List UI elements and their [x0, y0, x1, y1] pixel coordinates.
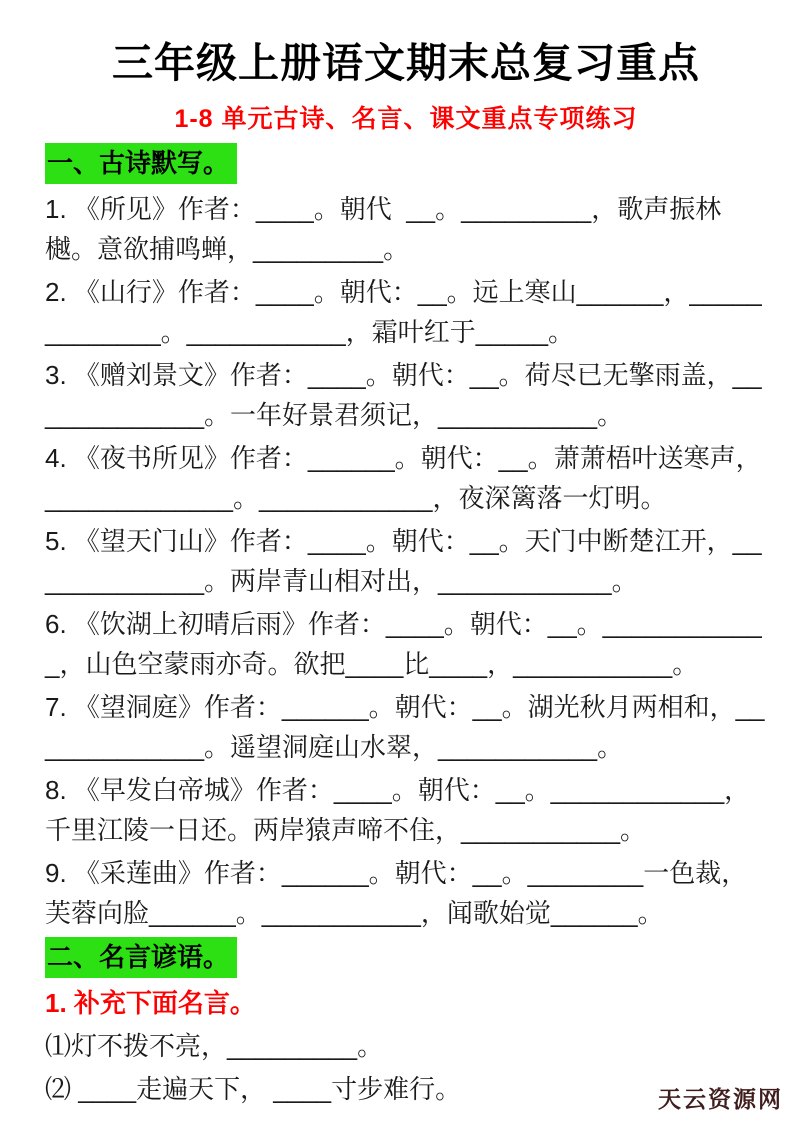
question-3: 3. 《赠刘景文》作者：____。朝代：__。荷尽已无擎雨盖，_________…: [45, 355, 767, 435]
section-1-header-row: 一、古诗默写。: [45, 143, 767, 186]
watermark: 天云资源网: [658, 1081, 783, 1114]
worksheet-page: 三年级上册语文期末总复习重点 1-8 单元古诗、名言、课文重点专项练习 一、古诗…: [0, 0, 793, 1122]
question-6: 6. 《饮湖上初晴后雨》作者：____。朝代：__。____________，山…: [45, 604, 767, 684]
section-1-header: 一、古诗默写。: [45, 143, 237, 184]
question-9: 9. 《采莲曲》作者：______。朝代：__。________一色裁，芙蓉向脸…: [45, 853, 767, 933]
question-7: 7. 《望洞庭》作者：______。朝代：__。湖光秋月两相和，________…: [45, 687, 767, 767]
question-5: 5. 《望天门山》作者：____。朝代：__。天门中断楚江开，_________…: [45, 521, 767, 601]
section-2-subheader: 1. 补充下面名言。: [45, 984, 767, 1022]
proverb-item-1: ⑴灯不拨不亮，_________。: [45, 1026, 767, 1066]
question-4: 4. 《夜书所见》作者：______。朝代：__。萧萧梧叶送寒声，_______…: [45, 438, 767, 518]
page-subtitle: 1-8 单元古诗、名言、课文重点专项练习: [45, 99, 767, 135]
question-1: 1. 《所见》作者：____。朝代 __。_________，歌声振林樾。意欲捕…: [45, 189, 767, 269]
page-title: 三年级上册语文期末总复习重点: [45, 30, 767, 89]
worksheet-content: 三年级上册语文期末总复习重点 1-8 单元古诗、名言、课文重点专项练习 一、古诗…: [0, 0, 793, 1109]
section-2-header: 二、名言谚语。: [45, 937, 237, 978]
question-8: 8. 《早发白帝城》作者：____。朝代：__。____________，千里江…: [45, 770, 767, 850]
section-2-header-row: 二、名言谚语。: [45, 937, 767, 980]
question-2: 2. 《山行》作者：____。朝代：__。远上寒山______，________…: [45, 272, 767, 352]
